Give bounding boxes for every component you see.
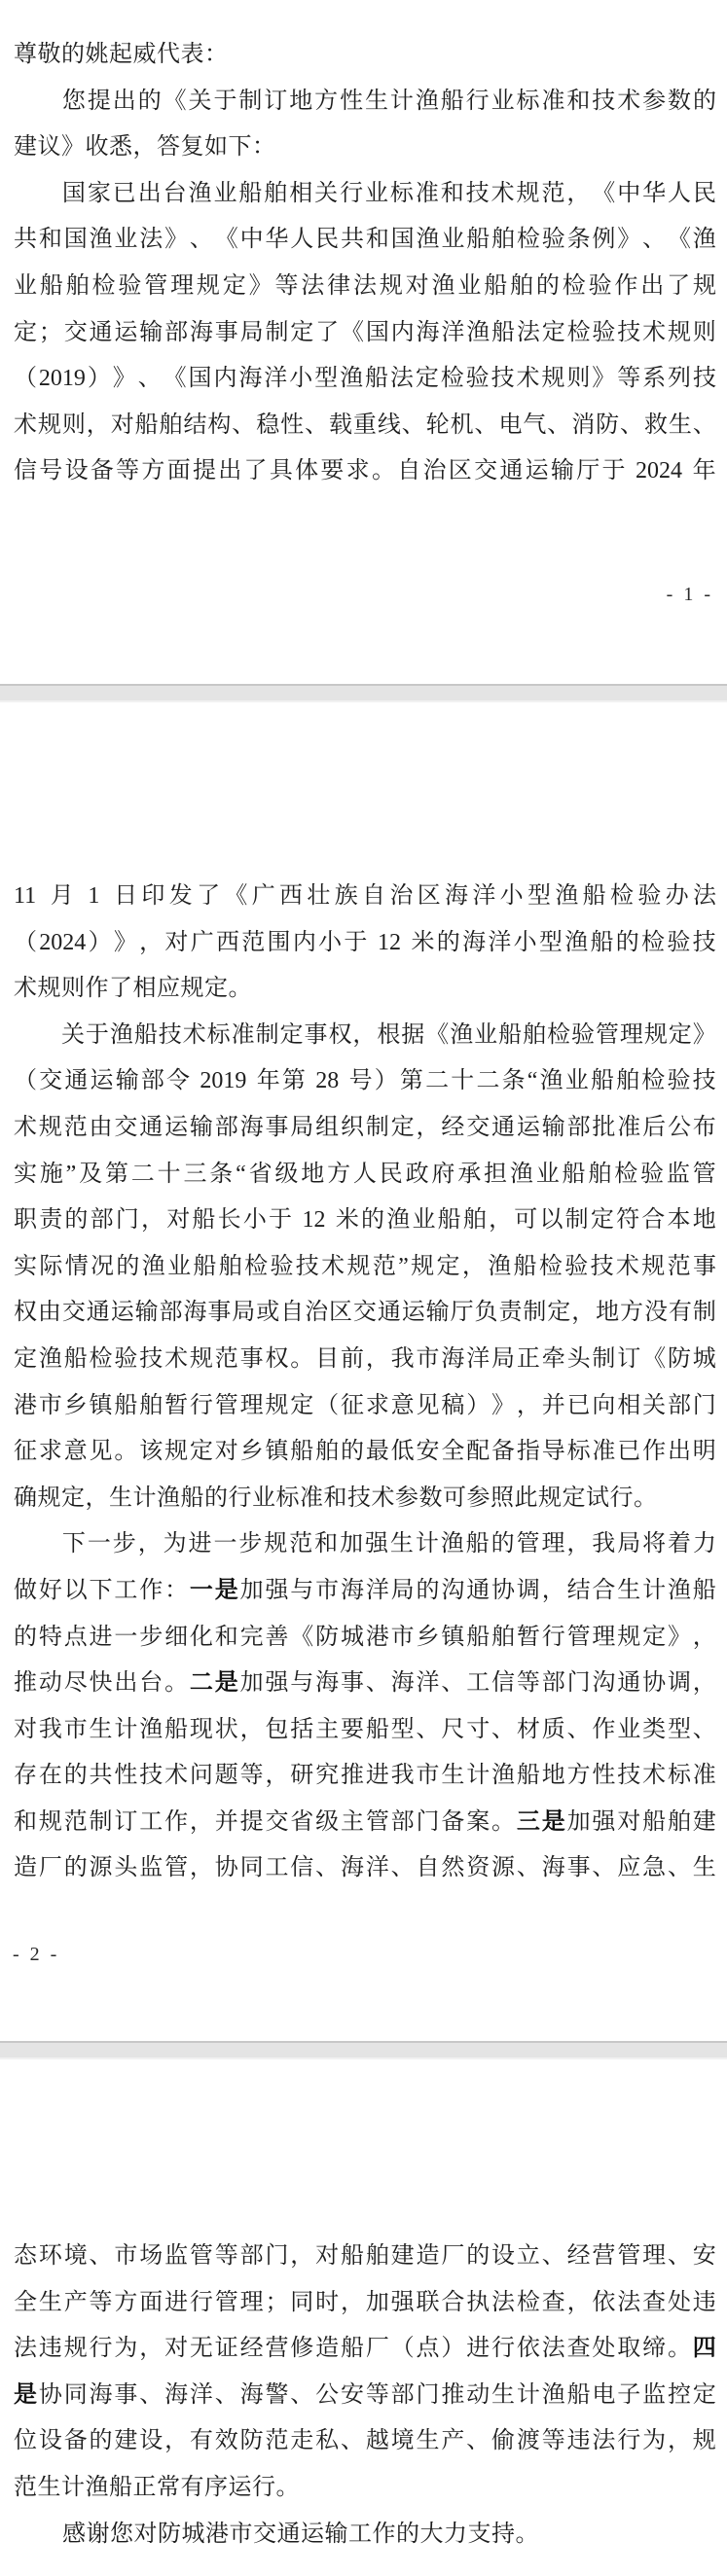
text-line: 业船舶检验管理规定》等法律法规对渔业船舶的检验作出了规: [14, 264, 716, 310]
text-line: 法违规行为，对无证经营修造船厂（点）进行依法查处取缔。四: [14, 2326, 716, 2373]
text-line: 的特点进一步细化和完善《防城港市乡镇船舶暂行管理规定》，: [14, 1615, 716, 1662]
text-line: （2019）》、《国内海洋小型渔船法定检验技术规则》等系列技: [14, 356, 716, 403]
text-line: 造厂的源头监管，协同工信、海洋、自然资源、海事、应急、生: [14, 1845, 716, 1892]
page-2-text: 11 月 1 日印发了《广西壮族自治区海洋小型渔船检验办法（2024）》，对广西…: [0, 702, 727, 1892]
text-line: 关于渔船技术标准制定事权，根据《渔业船舶检验管理规定》: [14, 1013, 716, 1059]
text-line: （交通运输部令 2019 年第 28 号）第二十二条“渔业船舶检验技: [14, 1058, 716, 1105]
text-line: 对我市生计渔船现状，包括主要船型、尺寸、材质、作业类型、: [14, 1707, 716, 1754]
text-line: 建议》收悉，答复如下：: [14, 125, 716, 171]
page-3-text: 态环境、市场监管等部门，对船舶建造厂的设立、经营管理、安全生产等方面进行管理；同…: [0, 2059, 727, 2558]
page-number: - 1 -: [667, 584, 713, 606]
text-line: 位设备的建设，有效防范走私、越境生产、偷渡等违法行为，规: [14, 2418, 716, 2465]
text-line: 11 月 1 日印发了《广西壮族自治区海洋小型渔船检验办法: [14, 874, 716, 920]
text-line: 下一步，为进一步规范和加强生计渔船的管理，我局将着力: [14, 1521, 716, 1568]
text-line: 做好以下工作：一是加强与市海洋局的沟通协调，结合生计渔船: [14, 1568, 716, 1615]
text-line: 权由交通运输部海事局或自治区交通运输厅负责制定，地方没有制: [14, 1290, 716, 1337]
page-1-text: 尊敬的姚起威代表：您提出的《关于制订地方性生计渔船行业标准和技术参数的建议》收悉…: [0, 0, 727, 495]
text-line: 征求意见。该规定对乡镇船舶的最低安全配备指导标准已作出明: [14, 1429, 716, 1476]
text-line: 实施”及第二十三条“省级地方人民政府承担渔业船舶检验监管: [14, 1152, 716, 1199]
text-line: 定渔船检验技术规范事权。目前，我市海洋局正牵头制订《防城: [14, 1337, 716, 1383]
text-line: 共和国渔业法》、《中华人民共和国渔业船舶检验条例》、《渔: [14, 217, 716, 264]
text-line: （2024）》，对广西范围内小于 12 米的海洋小型渔船的检验技: [14, 920, 716, 967]
text-line: 态环境、市场监管等部门，对船舶建造厂的设立、经营管理、安: [14, 2234, 716, 2280]
page-3: 态环境、市场监管等部门，对船舶建造厂的设立、经营管理、安全生产等方面进行管理；同…: [0, 2059, 727, 2576]
text-line: 确规定，生计渔船的行业标准和技术参数可参照此规定试行。: [14, 1476, 716, 1522]
page-separator: [0, 2041, 727, 2059]
document-viewer: 尊敬的姚起威代表：您提出的《关于制订地方性生计渔船行业标准和技术参数的建议》收悉…: [0, 0, 727, 2576]
text-line: 存在的共性技术问题等，研究推进我市生计渔船地方性技术标准: [14, 1753, 716, 1800]
text-line: 范生计渔船正常有序运行。: [14, 2465, 716, 2512]
text-line: 国家已出台渔业船舶相关行业标准和技术规范，《中华人民: [14, 171, 716, 218]
text-line: 实际情况的渔业船舶检验技术规范”规定，渔船检验技术规范事: [14, 1244, 716, 1291]
text-line: 术规则作了相应规定。: [14, 966, 716, 1013]
page-separator: [0, 684, 727, 702]
text-line: 术规则，对船舶结构、稳性、载重线、轮机、电气、消防、救生、: [14, 403, 716, 449]
page-number: - 2 -: [13, 1944, 59, 1966]
text-line: 信号设备等方面提出了具体要求。自治区交通运输厅于 2024 年: [14, 448, 716, 495]
text-line: 推动尽快出台。二是加强与海事、海洋、工信等部门沟通协调，: [14, 1661, 716, 1707]
text-line: 您提出的《关于制订地方性生计渔船行业标准和技术参数的: [14, 79, 716, 125]
text-line: 定；交通运输部海事局制定了《国内海洋渔船法定检验技术规则: [14, 310, 716, 357]
text-line: 和规范制订工作，并提交省级主管部门备案。三是加强对船舶建: [14, 1800, 716, 1846]
page-2: 11 月 1 日印发了《广西壮族自治区海洋小型渔船检验办法（2024）》，对广西…: [0, 702, 727, 2041]
page-1: 尊敬的姚起威代表：您提出的《关于制订地方性生计渔船行业标准和技术参数的建议》收悉…: [0, 0, 727, 684]
text-line: 尊敬的姚起威代表：: [14, 32, 716, 79]
text-line: 港市乡镇船舶暂行管理规定（征求意见稿）》，并已向相关部门: [14, 1383, 716, 1430]
text-line: 术规范由交通运输部海事局组织制定，经交通运输部批准后公布: [14, 1105, 716, 1152]
text-line: 全生产等方面进行管理；同时，加强联合执法检查，依法查处违: [14, 2280, 716, 2327]
text-line: 是协同海事、海洋、海警、公安等部门推动生计渔船电子监控定: [14, 2373, 716, 2419]
text-line: 职责的部门，对船长小于 12 米的渔业船舶，可以制定符合本地: [14, 1198, 716, 1244]
text-line: 感谢您对防城港市交通运输工作的大力支持。: [14, 2512, 716, 2558]
